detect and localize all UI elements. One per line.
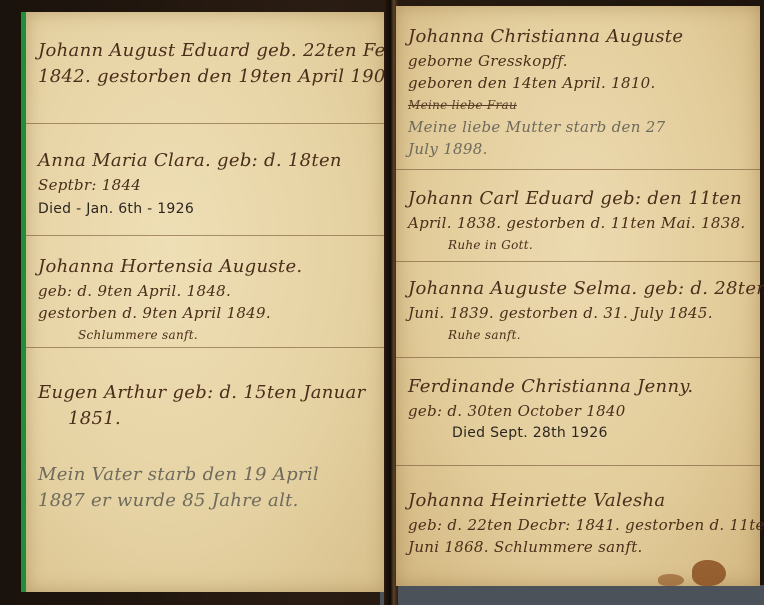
entry-line: geborne Gresskopff.	[408, 50, 750, 72]
register-entry: Anna Maria Clara. geb: d. 18ten Septbr: …	[26, 124, 386, 236]
register-entry: Eugen Arthur geb: d. 15ten Januar 1851. …	[26, 348, 386, 592]
entry-line: July 1898.	[408, 138, 750, 160]
register-entry: Johanna Christianna Auguste geborne Gres…	[396, 6, 760, 170]
entry-line: Johann August Eduard geb. 22ten Febr.	[38, 38, 376, 64]
entry-line: geb: d. 22ten Decbr: 1841. gestorben d. …	[408, 514, 750, 536]
entry-line: geb: d. 9ten April. 1848.	[38, 280, 376, 302]
entry-line: Juni 1868. Schlummere sanft.	[408, 536, 750, 558]
entry-line: Ferdinande Christianna Jenny.	[408, 374, 750, 400]
entry-line: Johanna Hortensia Auguste.	[38, 254, 376, 280]
register-entry: Ferdinande Christianna Jenny. geb: d. 30…	[396, 358, 760, 466]
struck-text: Meine liebe Frau	[408, 94, 750, 116]
register-entry: Johanna Hortensia Auguste. geb: d. 9ten …	[26, 236, 386, 348]
entry-line: Johanna Auguste Selma. geb: d. 28ten	[408, 276, 750, 302]
entry-line: Eugen Arthur geb: d. 15ten Januar	[38, 380, 376, 406]
entry-line: Johanna Christianna Auguste	[408, 24, 750, 50]
entry-line: Meine liebe Mutter starb den 27	[408, 116, 750, 138]
entry-line: Mein Vater starb den 19 April	[38, 462, 376, 488]
entry-line: Septbr: 1844	[38, 174, 376, 196]
entry-line: April. 1838. gestorben d. 11ten Mai. 183…	[408, 212, 750, 234]
register-entry: Johanna Auguste Selma. geb: d. 28ten Jun…	[396, 262, 760, 358]
entry-line: Ruhe sanft.	[408, 324, 750, 346]
entry-line: Died - Jan. 6th - 1926	[38, 196, 376, 222]
register-entry: Johann Carl Eduard geb: den 11ten April.…	[396, 170, 760, 262]
right-page: Johanna Christianna Auguste geborne Gres…	[396, 6, 760, 586]
entry-line: Ruhe in Gott.	[408, 234, 750, 256]
table-surface	[380, 585, 764, 605]
entry-line: Johann Carl Eduard geb: den 11ten	[408, 186, 750, 212]
entry-line: 1887 er wurde 85 Jahre alt.	[38, 488, 376, 514]
entry-line: gestorben d. 9ten April 1849.	[38, 302, 376, 324]
entry-line: Johanna Heinriette Valesha	[408, 488, 750, 514]
left-page: Johann August Eduard geb. 22ten Febr. 18…	[26, 12, 386, 592]
pencil-note: Mein Vater starb den 19 April 1887 er wu…	[38, 462, 376, 514]
entry-line: Died Sept. 28th 1926	[408, 422, 750, 444]
entry-line: 1842. gestorben den 19ten April 1908.	[38, 64, 376, 90]
paper-stain	[658, 574, 684, 586]
paper-stain	[692, 560, 726, 586]
entry-line: Anna Maria Clara. geb: d. 18ten	[38, 148, 376, 174]
entry-line: Schlummere sanft.	[38, 324, 376, 346]
entry-line: 1851.	[38, 406, 376, 432]
register-entry: Johann August Eduard geb. 22ten Febr. 18…	[26, 12, 386, 124]
entry-line: geboren den 14ten April. 1810.	[408, 72, 750, 94]
entry-line: geb: d. 30ten October 1840	[408, 400, 750, 422]
entry-line: Juni. 1839. gestorben d. 31. July 1845.	[408, 302, 750, 324]
